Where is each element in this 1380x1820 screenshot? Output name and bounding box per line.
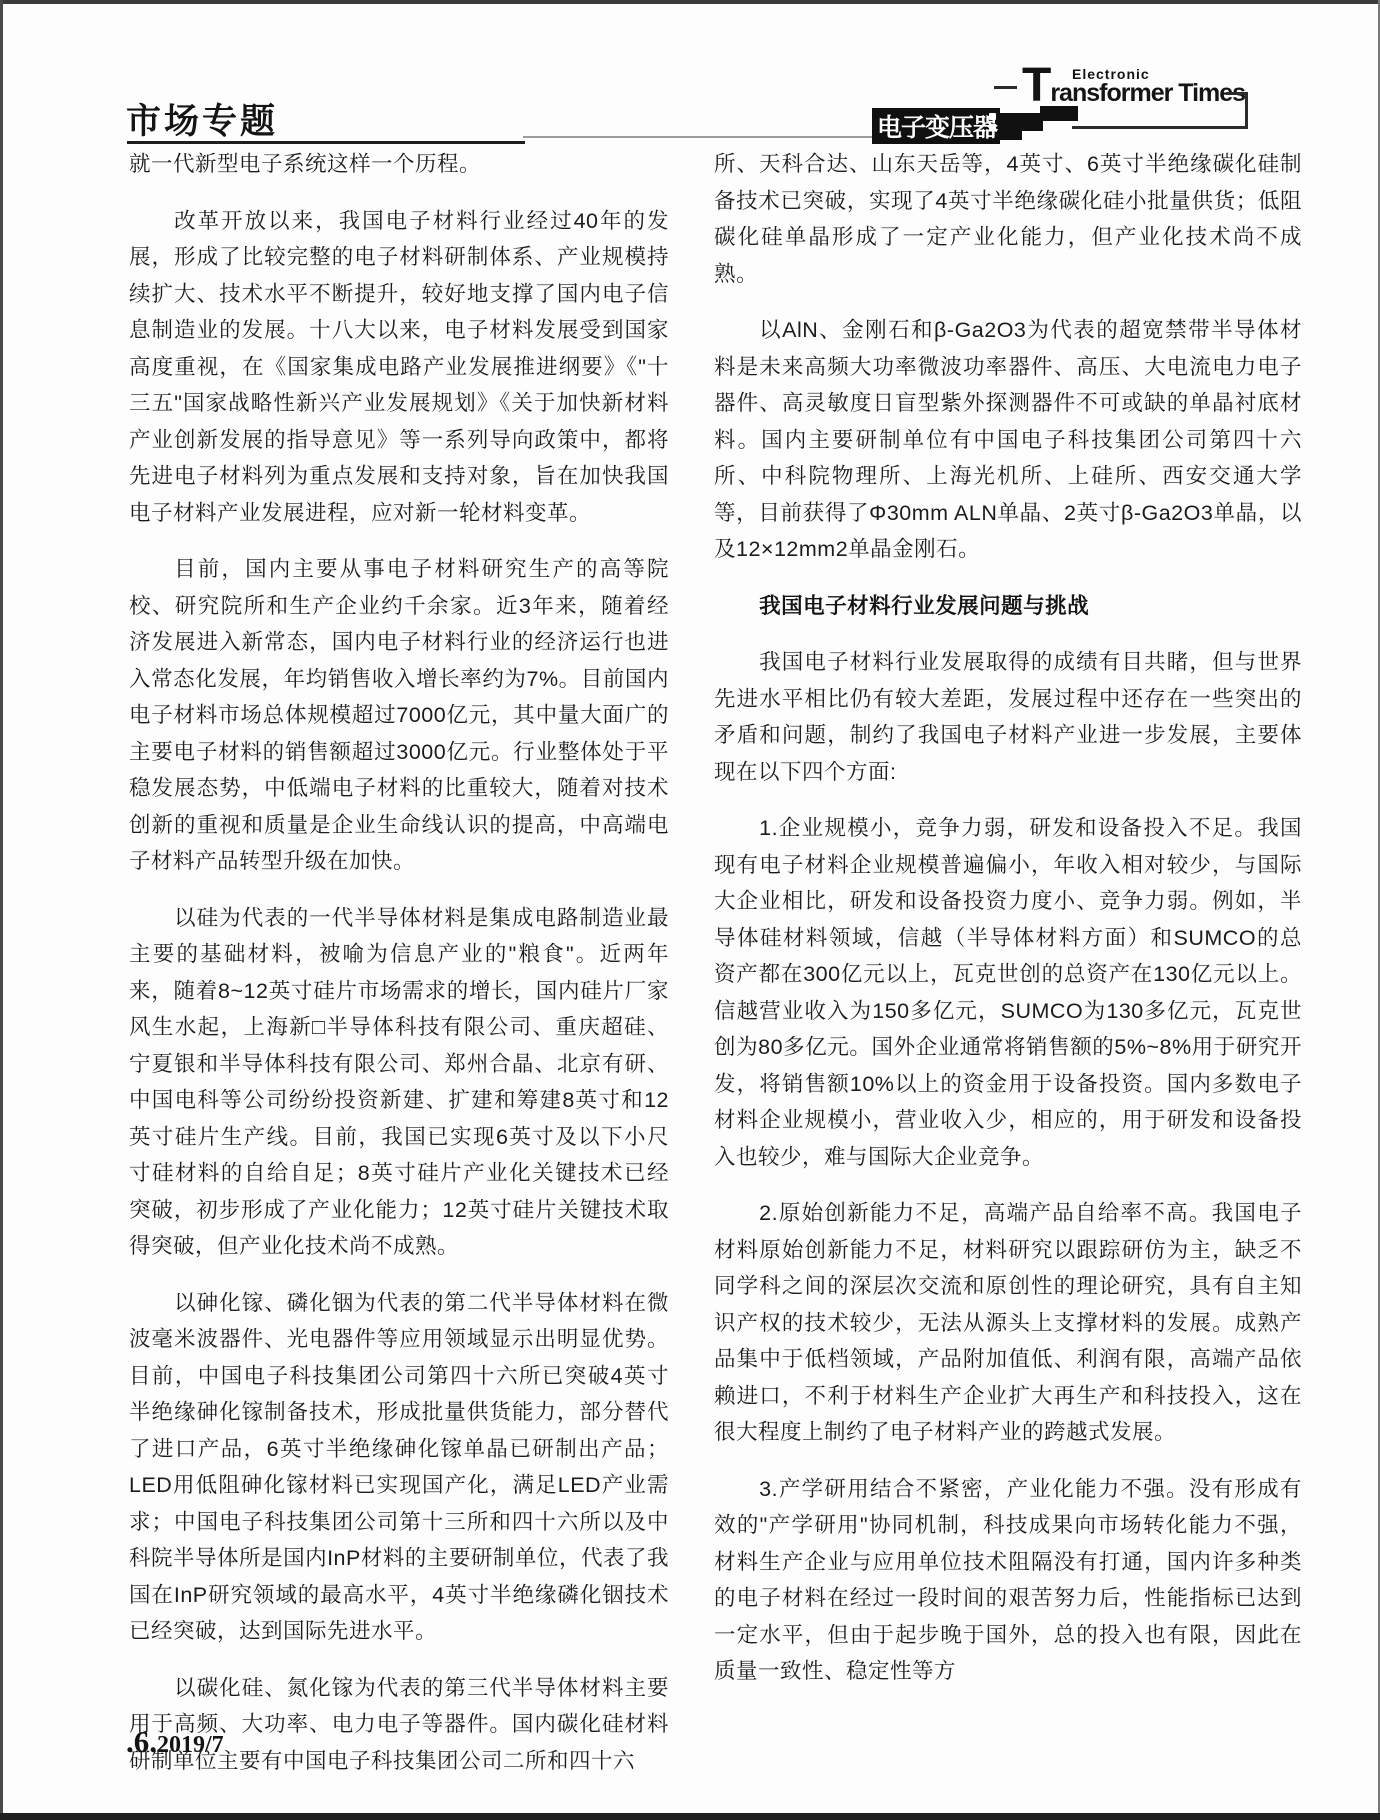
masthead-bracket-right xyxy=(1245,92,1248,129)
scan-edge-bottom xyxy=(0,1813,1380,1820)
page-number: .6. xyxy=(126,1724,157,1759)
title-underline xyxy=(127,141,525,144)
paragraph: 所、天科合达、山东天岳等，4英寸、6英寸半绝缘碳化硅制备技术已突破，实现了4英寸… xyxy=(714,146,1302,292)
masthead-bracket-bottom xyxy=(1072,126,1248,129)
paragraph: 以AlN、金刚石和β-Ga2O3为代表的超宽禁带半导体材料是未来高频大功率微波功… xyxy=(714,312,1302,568)
issue-number: 2019/7 xyxy=(157,1732,224,1758)
paragraph: 目前，国内主要从事电子材料研究生产的高等院校、研究院所和生产企业约千余家。近3年… xyxy=(129,551,669,880)
paragraph: 改革开放以来，我国电子材料行业经过40年的发展，形成了比较完整的电子材料研制体系… xyxy=(129,203,669,532)
magazine-name-cn: 电子变压器 xyxy=(877,108,997,144)
badge-step-decoration xyxy=(1040,106,1078,121)
magazine-page: 市场专题 Electronic Transformer Times 电子变压器 … xyxy=(0,0,1380,1820)
paragraph: 以硅为代表的一代半导体材料是集成电路制造业最主要的基础材料，被喻为信息产业的"粮… xyxy=(129,900,669,1265)
masthead-electronic-label: Electronic xyxy=(1072,66,1150,82)
masthead-left-dash xyxy=(994,86,1017,89)
paragraph: 我国电子材料行业发展取得的成绩有目共睹，但与世界先进水平相比仍有较大差距，发展过… xyxy=(714,644,1302,790)
paragraph: 2.原始创新能力不足，高端产品自给率不高。我国电子材料原始创新能力不足，材料研究… xyxy=(714,1195,1302,1451)
magazine-name-badge: 电子变压器 xyxy=(872,108,1000,144)
paragraph: 1.企业规模小，竞争力弱，研发和设备投入不足。我国现有电子材料企业规模普遍偏小，… xyxy=(714,810,1302,1175)
section-title: 市场专题 xyxy=(126,94,278,144)
paragraph: 3.产学研用结合不紧密，产业化能力不强。没有形成有效的"产学研用"协同机制，科技… xyxy=(714,1471,1302,1690)
badge-step-decoration xyxy=(1000,131,1022,140)
right-column: 所、天科合达、山东天岳等，4英寸、6英寸半绝缘碳化硅制备技术已突破，实现了4英寸… xyxy=(714,146,1302,1710)
paragraph: 以砷化镓、磷化铟为代表的第二代半导体材料在微波毫米波器件、光电器件等应用领域显示… xyxy=(129,1285,669,1650)
badge-step-decoration xyxy=(1000,113,1043,131)
scan-edge-top xyxy=(0,0,1380,4)
badge-mini-glyphs xyxy=(989,113,996,131)
paragraph: 就一代新型电子系统这样一个历程。 xyxy=(129,146,669,183)
subsection-heading: 我国电子材料行业发展问题与挑战 xyxy=(714,588,1302,625)
scan-edge-left xyxy=(0,0,3,1820)
header-gray-rule xyxy=(523,136,875,138)
left-column: 就一代新型电子系统这样一个历程。 改革开放以来，我国电子材料行业经过40年的发展… xyxy=(129,146,669,1799)
page-footer: .6.2019/7 xyxy=(126,1724,224,1760)
